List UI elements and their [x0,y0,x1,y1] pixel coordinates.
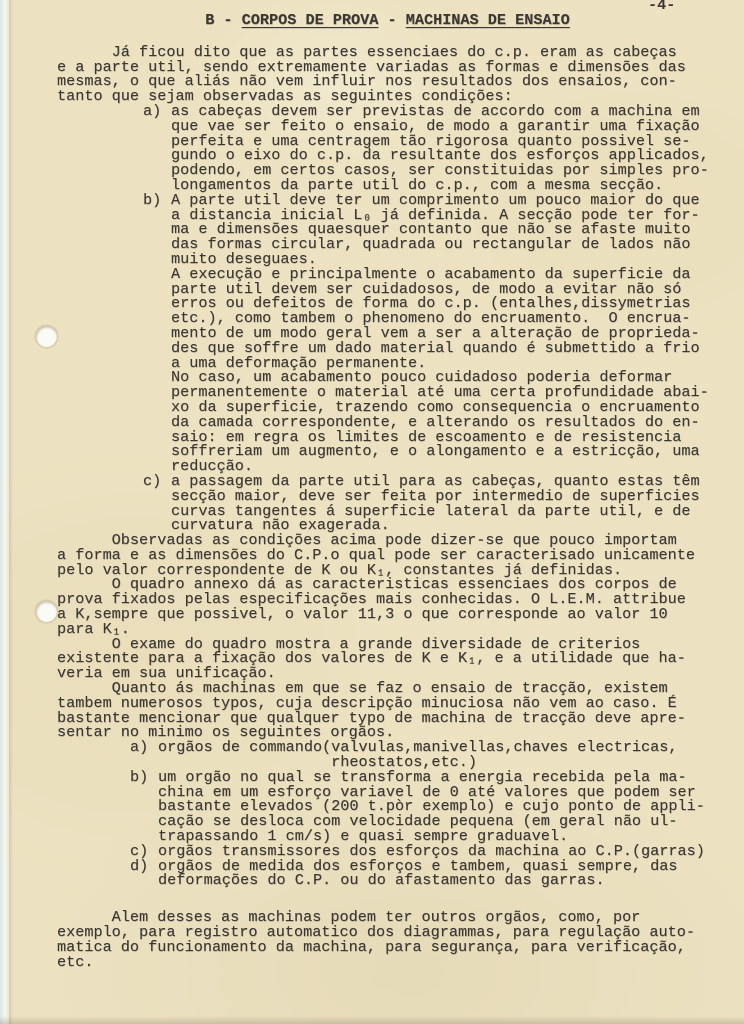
list-item-condition-b: b) A parte util deve ter um comprimento … [143,193,718,474]
page-left-edge [0,0,9,1024]
list-item-text: orgãos de medida dos esforços e tambem, … [158,859,678,889]
page-number: -4- [648,0,675,13]
list-item-text: orgãos de commando(valvulas,manivellas,c… [158,740,678,770]
list-item-text: um orgão no qual se transforma a energia… [158,770,705,844]
machine-organs-list: a) orgãos de commando(valvulas,manivella… [130,740,718,888]
scanned-document-page: -4- B - CORPOS DE PROVA - MACHINAS DE EN… [0,0,744,1024]
hole-punch-bottom [36,601,57,622]
list-marker: d) [130,859,158,889]
list-marker: a) [130,740,158,770]
list-item-condition-a: a) as cabeças devem ser previstas de acc… [143,104,718,193]
list-item-orgao-a: a) orgãos de commando(valvulas,manivella… [130,740,718,770]
conditions-list: a) as cabeças devem ser previstas de acc… [143,104,718,533]
list-marker: b) [130,770,158,844]
paragraph-quadro-annexo: O quadro annexo dá as caracteristicas es… [57,577,718,636]
list-item-text: A parte util deve ter um comprimento um … [171,193,709,474]
hole-punch-top [36,326,57,347]
paragraph-exame-quadro: O exame do quadro mostra a grande divers… [57,637,718,681]
list-item-text: as cabeças devem ser previstas de accord… [171,104,709,193]
document-content: B - CORPOS DE PROVA - MACHINAS DE ENSAIO… [57,13,718,969]
list-item-orgao-d: d) orgãos de medida dos esforços e tambe… [130,859,718,889]
paragraph-quanto-machinas: Quanto ás machinas em que se faz o ensai… [57,681,718,740]
list-item-orgao-b: b) um orgão no qual se transforma a ener… [130,770,718,844]
paragraph-observadas: Observadas as condições acima pode dizer… [57,533,718,577]
page-bottom-edge [0,1016,744,1024]
title-machinas-de-ensaio: MACHINAS DE ENSAIO [406,11,570,29]
title-section-letter: B - [205,11,241,29]
list-marker: c) [143,474,171,533]
title-separator: - [378,11,405,29]
paragraph-intro: Já ficou dito que as partes essenciaes d… [57,45,718,104]
list-item-condition-c: c) a passagem da parte util para as cabe… [143,474,718,533]
list-item-text: a passagem da parte util para as cabeças… [171,474,700,533]
list-marker: b) [143,193,171,474]
document-title: B - CORPOS DE PROVA - MACHINAS DE ENSAIO [57,13,718,28]
title-corpos-de-prova: CORPOS DE PROVA [242,11,379,29]
paragraph-alem-desses: Alem desses as machinas podem ter outros… [57,910,718,969]
list-marker: a) [143,104,171,193]
